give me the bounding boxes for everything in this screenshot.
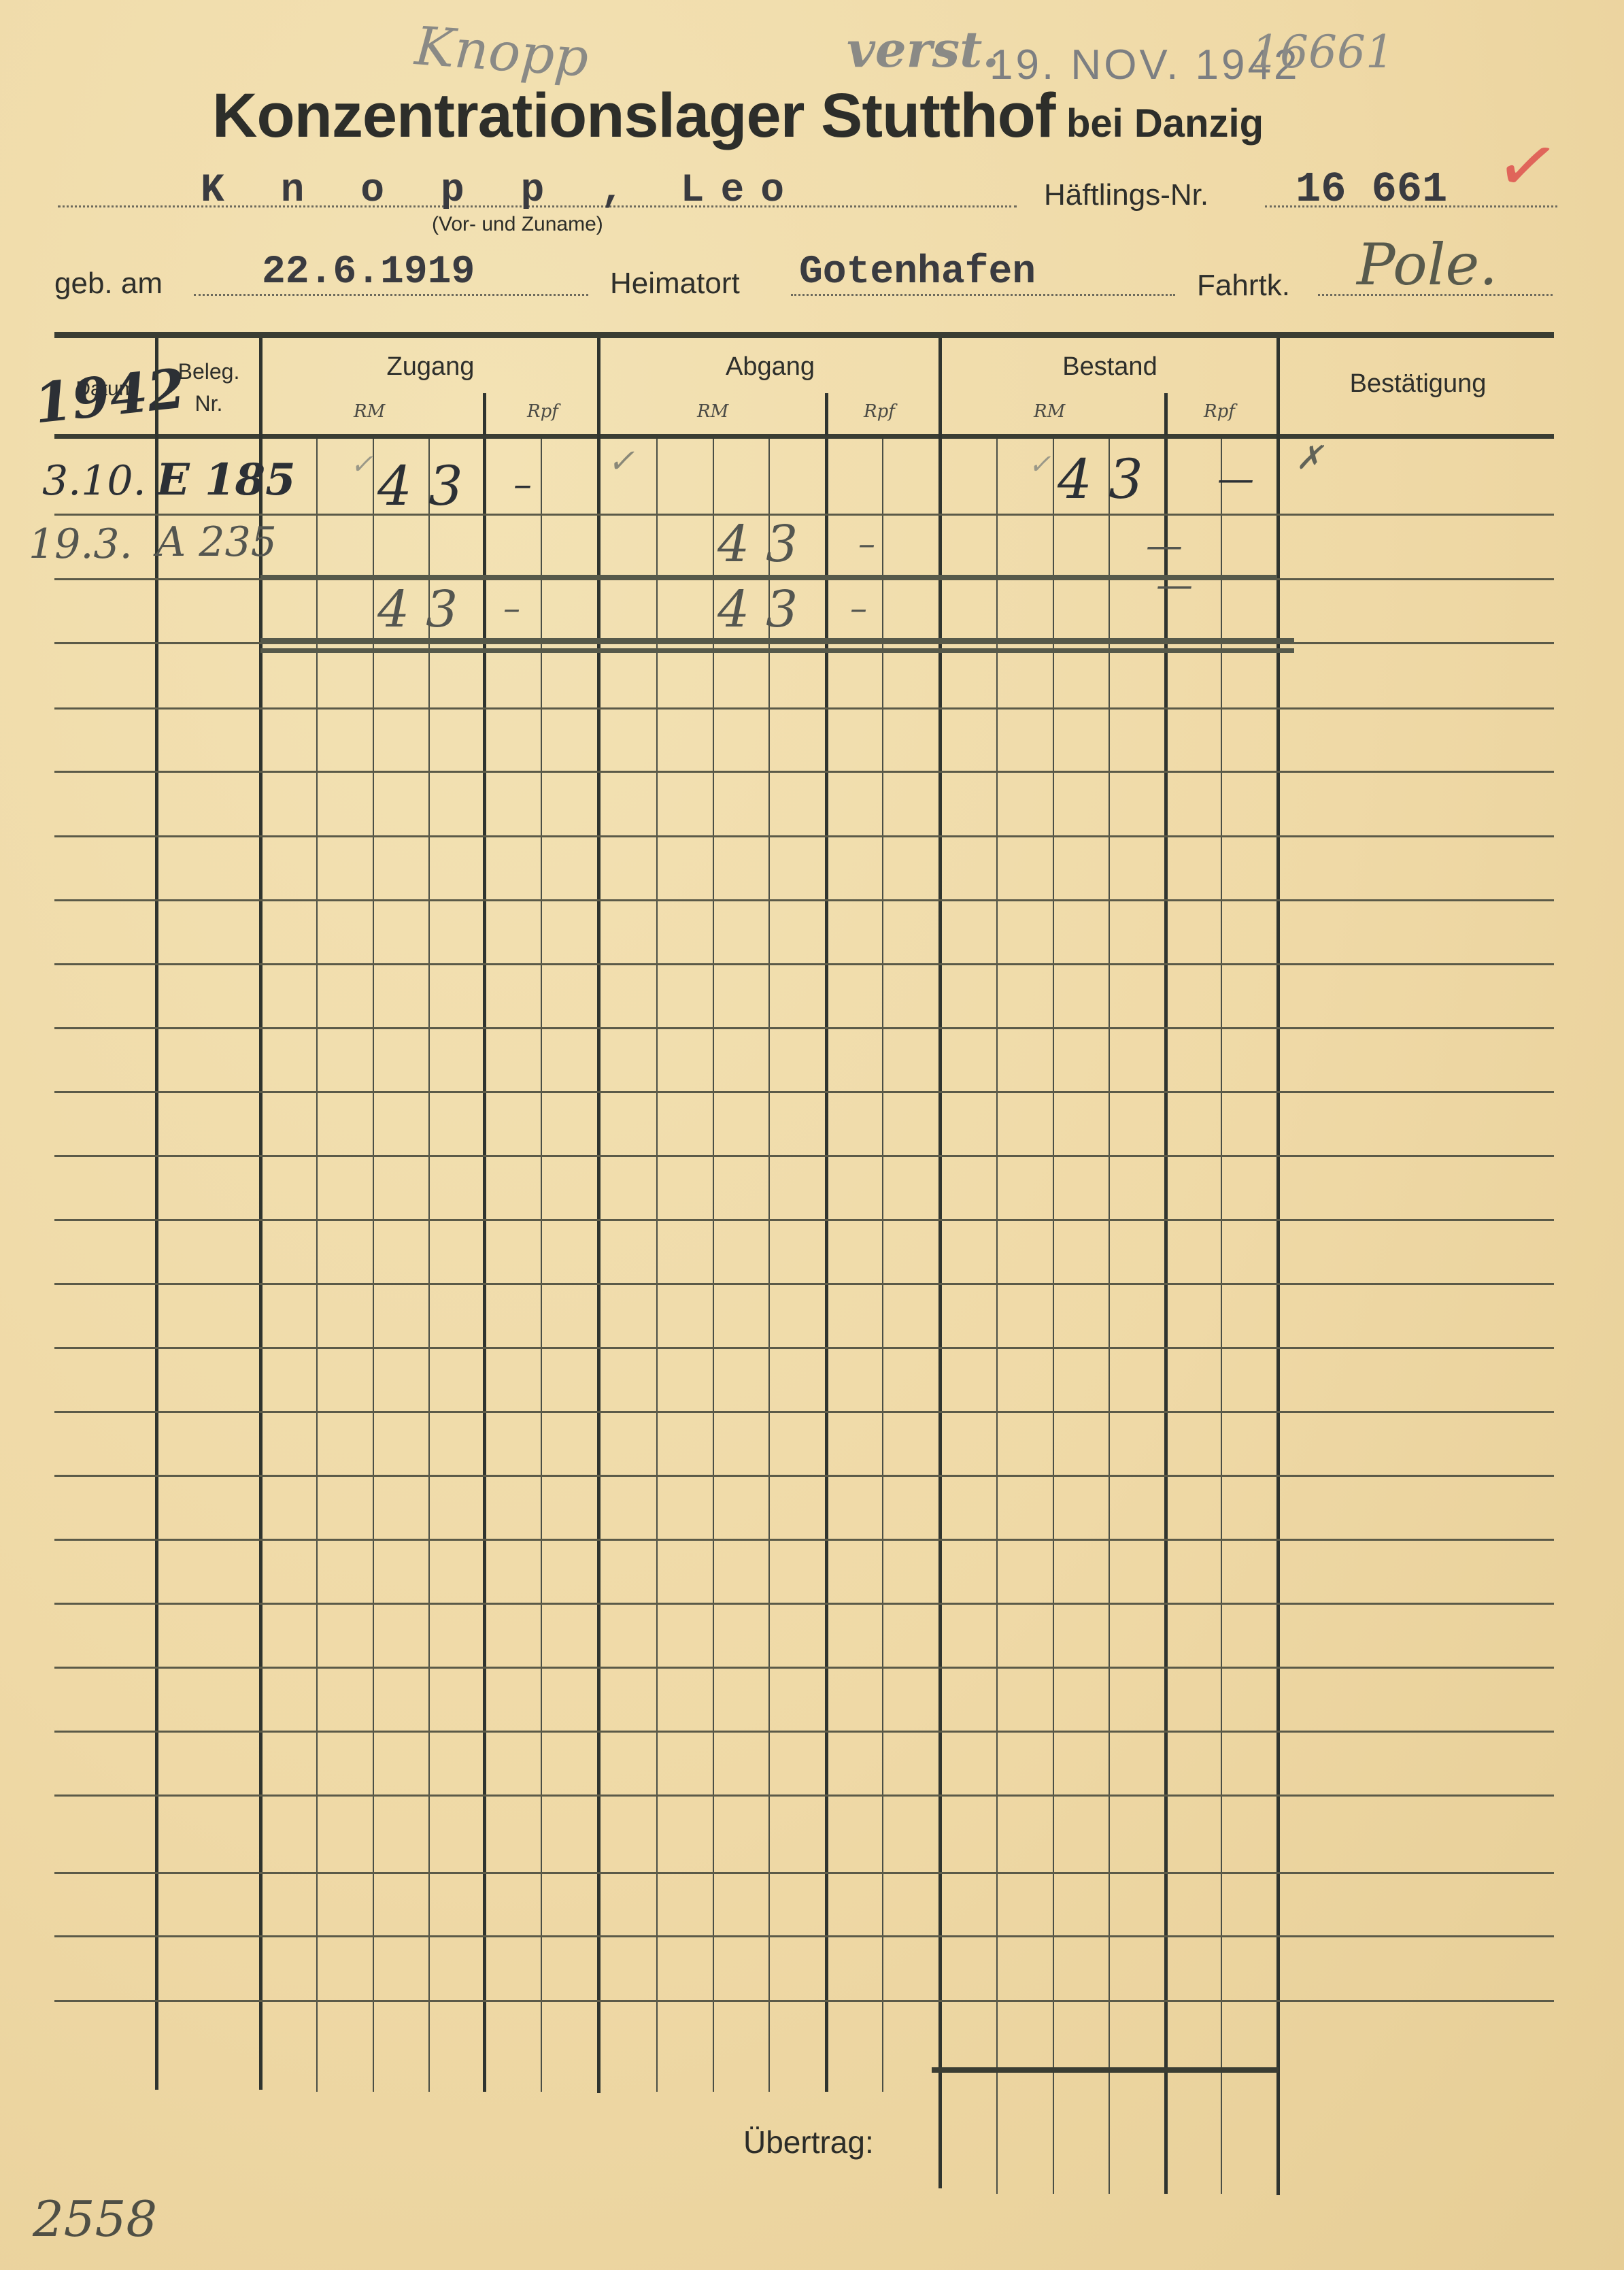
col-divider-beleg <box>259 338 263 2090</box>
col-header-zugang: Zugang <box>264 352 597 382</box>
hometown: Gotenhafen <box>799 250 1036 295</box>
total-bestand-rpf: — <box>1156 563 1193 606</box>
col-divider-abgang <box>938 338 942 2188</box>
row-bestand-rm: 43 <box>1058 448 1160 511</box>
sum-rule <box>260 575 1277 580</box>
double-total-rule <box>260 638 1294 643</box>
row-datum: 3.10. <box>42 457 146 505</box>
row-beleg: E 185 <box>156 454 296 505</box>
name-caption: (Vor- und Zuname) <box>432 213 603 236</box>
col-divider-datum <box>155 338 158 2090</box>
category-label: Fahrtk. <box>1197 269 1290 303</box>
row-beleg: A 235 <box>156 518 277 566</box>
table-top-rule <box>54 332 1554 338</box>
row-bestaetigung: ✗ <box>1296 439 1323 477</box>
col-header-abgang: Abgang <box>602 352 938 382</box>
header-divider <box>1164 393 1168 435</box>
header-divider <box>825 393 828 435</box>
carry-over-rule <box>932 2067 1279 2073</box>
paper-background <box>0 0 1624 2270</box>
carry-over-label: Übertrag: <box>743 2124 874 2160</box>
grid-thin-line <box>768 439 770 2092</box>
col-divider-bestand <box>1276 338 1280 2195</box>
check-icon: ✓ <box>607 442 635 480</box>
prisoner-number-label: Häftlings-Nr. <box>1044 178 1208 212</box>
grid-thin-line <box>373 439 374 2092</box>
row-zugang-rm: 43 <box>377 454 479 518</box>
row-datum: 19.3. <box>29 520 133 568</box>
zugang-rpf-label: Rpf <box>527 401 558 422</box>
deceased-mark: verst. <box>847 20 999 78</box>
row-zugang-rpf: – <box>513 463 532 505</box>
double-total-rule <box>260 648 1294 653</box>
col-divider-zugang <box>597 338 600 2093</box>
title-main: Konzentrationslager Stutthof <box>212 81 1055 150</box>
grid-thin-line <box>1109 439 1110 2194</box>
grid-thin-line <box>1053 439 1054 2194</box>
bestand-rpf-label: Rpf <box>1204 401 1235 422</box>
category-handwritten: Pole. <box>1357 231 1498 298</box>
row-bestand-rpf: — <box>1146 524 1183 567</box>
archive-number: 2558 <box>33 2190 157 2248</box>
hometown-label: Heimatort <box>610 267 740 301</box>
bestand-rm-label: RM <box>1034 401 1065 422</box>
row-abgang-rpf: – <box>858 524 875 563</box>
grid-thin-line <box>882 439 883 2092</box>
grid-thin-line <box>316 439 318 2092</box>
col-divider-zugang-rpf <box>483 439 486 2092</box>
pencil-prisoner-number: 16661 <box>1251 26 1394 78</box>
grid-thin-line <box>541 439 542 2092</box>
check-icon: ✓ <box>350 449 373 480</box>
header-divider <box>483 393 486 435</box>
abgang-rpf-label: Rpf <box>864 401 895 422</box>
row-bestand-rpf: — <box>1217 457 1254 500</box>
col-header-beleg-nr: Nr. <box>158 391 260 416</box>
col-header-beleg: Beleg. <box>158 359 260 384</box>
row-abgang-rm: 43 <box>717 515 814 573</box>
page-title: Konzentrationslager Stutthof bei Danzig <box>212 80 1264 152</box>
zugang-rm-label: RM <box>354 401 385 422</box>
col-header-bestand: Bestand <box>943 352 1276 382</box>
total-abgang-rm: 43 <box>717 580 814 639</box>
col-divider-abgang-rpf <box>825 439 828 2092</box>
prisoner-name: K n o p p , Leo <box>201 169 800 213</box>
col-header-bestaetigung: Bestätigung <box>1282 369 1554 399</box>
grid-thin-line <box>428 439 430 2092</box>
birth-date: 22.6.1919 <box>262 250 475 295</box>
total-abgang-rpf: – <box>850 588 867 628</box>
col-divider-bestand-rpf <box>1164 439 1168 2194</box>
title-suffix: bei Danzig <box>1066 101 1264 146</box>
check-icon: ✓ <box>1028 449 1051 480</box>
total-zugang-rm: 43 <box>377 580 474 639</box>
pencil-surname-note: Knopp <box>413 16 590 89</box>
total-zugang-rpf: – <box>503 588 520 628</box>
header-bottom-rule <box>54 434 1554 439</box>
grid-thin-line <box>713 439 714 2092</box>
birth-date-label: geb. am <box>54 267 163 301</box>
abgang-rm-label: RM <box>697 401 728 422</box>
grid-thin-line <box>656 439 658 2092</box>
grid-thin-line <box>996 439 998 2194</box>
prisoner-number: 16 661 <box>1296 165 1447 214</box>
grid-thin-line <box>1221 439 1222 2194</box>
